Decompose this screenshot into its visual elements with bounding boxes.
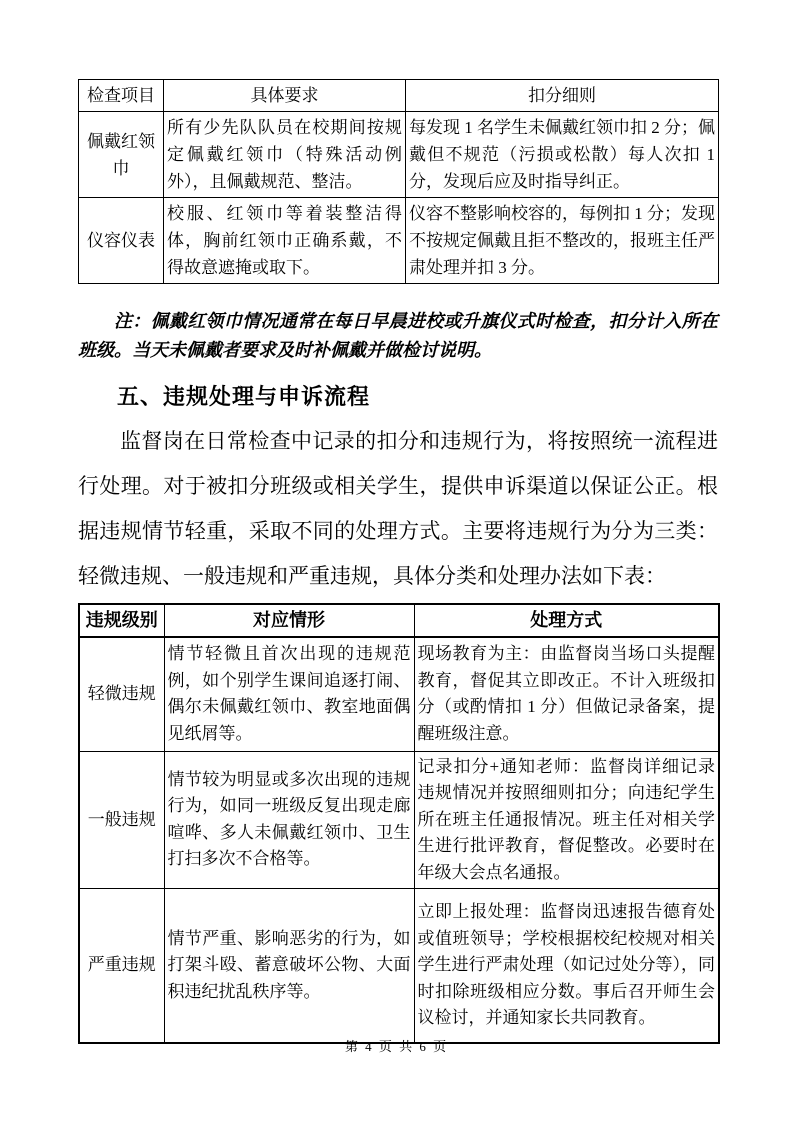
level-cell: 轻微违规 (79, 637, 164, 751)
handling-cell: 现场教育为主：由监督岗当场口头提醒教育，督促其立即改正。不计入班级扣分（或酌情扣… (414, 637, 719, 751)
header-cell-item: 检查项目 (79, 80, 164, 112)
table-row: 严重违规 情节严重、影响恶劣的行为，如打架斗殴、蓄意破坏公物、大面积违纪扰乱秩序… (79, 889, 719, 1043)
inspection-table: 检查项目 具体要求 扣分细则 佩戴红领巾 所有少先队队员在校期间按规定佩戴红领巾… (78, 79, 719, 284)
note-text: 注：佩戴红领巾情况通常在每日早晨进校或升旗仪式时检查，扣分计入所在班级。当天未佩… (78, 307, 718, 365)
deduction-cell: 仪容不整影响校容的，每例扣 1 分；发现不按规定佩戴且拒不整改的，报班主任严肃处… (406, 198, 719, 284)
situation-cell: 情节轻微且首次出现的违规范例，如个别学生课间追逐打闹、偶尔未佩戴红领巾、教室地面… (164, 637, 414, 751)
header-cell-situation: 对应情形 (164, 604, 414, 637)
section-heading: 五、违规处理与申诉流程 (117, 383, 718, 411)
item-cell: 佩戴红领巾 (79, 112, 164, 198)
header-cell-requirement: 具体要求 (164, 80, 406, 112)
level-cell: 严重违规 (79, 889, 164, 1043)
table-header-row: 检查项目 具体要求 扣分细则 (79, 80, 719, 112)
header-cell-level: 违规级别 (79, 604, 164, 637)
header-cell-handling: 处理方式 (414, 604, 719, 637)
level-cell: 一般违规 (79, 751, 164, 889)
violation-table: 违规级别 对应情形 处理方式 轻微违规 情节轻微且首次出现的违规范例，如个别学生… (78, 603, 720, 1044)
table-row: 轻微违规 情节轻微且首次出现的违规范例，如个别学生课间追逐打闹、偶尔未佩戴红领巾… (79, 637, 719, 751)
table-header-row: 违规级别 对应情形 处理方式 (79, 604, 719, 637)
requirement-cell: 校服、红领巾等着装整洁得体，胸前红领巾正确系戴，不得故意遮掩或取下。 (164, 198, 406, 284)
situation-cell: 情节严重、影响恶劣的行为，如打架斗殴、蓄意破坏公物、大面积违纪扰乱秩序等。 (164, 889, 414, 1043)
body-paragraph: 监督岗在日常检查中记录的扣分和违规行为，将按照统一流程进行处理。对于被扣分班级或… (78, 419, 718, 599)
handling-cell: 记录扣分+通知老师：监督岗详细记录违规情况并按照细则扣分；向违纪学生所在班主任通… (414, 751, 719, 889)
table-row: 佩戴红领巾 所有少先队队员在校期间按规定佩戴红领巾（特殊活动例外），且佩戴规范、… (79, 112, 719, 198)
item-cell: 仪容仪表 (79, 198, 164, 284)
header-cell-deduction: 扣分细则 (406, 80, 719, 112)
table-row: 仪容仪表 校服、红领巾等着装整洁得体，胸前红领巾正确系戴，不得故意遮掩或取下。 … (79, 198, 719, 284)
page-number: 第 4 页 共 6 页 (0, 1036, 793, 1055)
requirement-cell: 所有少先队队员在校期间按规定佩戴红领巾（特殊活动例外），且佩戴规范、整洁。 (164, 112, 406, 198)
deduction-cell: 每发现 1 名学生未佩戴红领巾扣 2 分；佩戴但不规范（污损或松散）每人次扣 1… (406, 112, 719, 198)
document-page: 检查项目 具体要求 扣分细则 佩戴红领巾 所有少先队队员在校期间按规定佩戴红领巾… (0, 0, 793, 1122)
handling-cell: 立即上报处理：监督岗迅速报告德育处或值班领导；学校根据校纪校规对相关学生进行严肃… (414, 889, 719, 1043)
situation-cell: 情节较为明显或多次出现的违规行为，如同一班级反复出现走廊喧哗、多人未佩戴红领巾、… (164, 751, 414, 889)
table-row: 一般违规 情节较为明显或多次出现的违规行为，如同一班级反复出现走廊喧哗、多人未佩… (79, 751, 719, 889)
